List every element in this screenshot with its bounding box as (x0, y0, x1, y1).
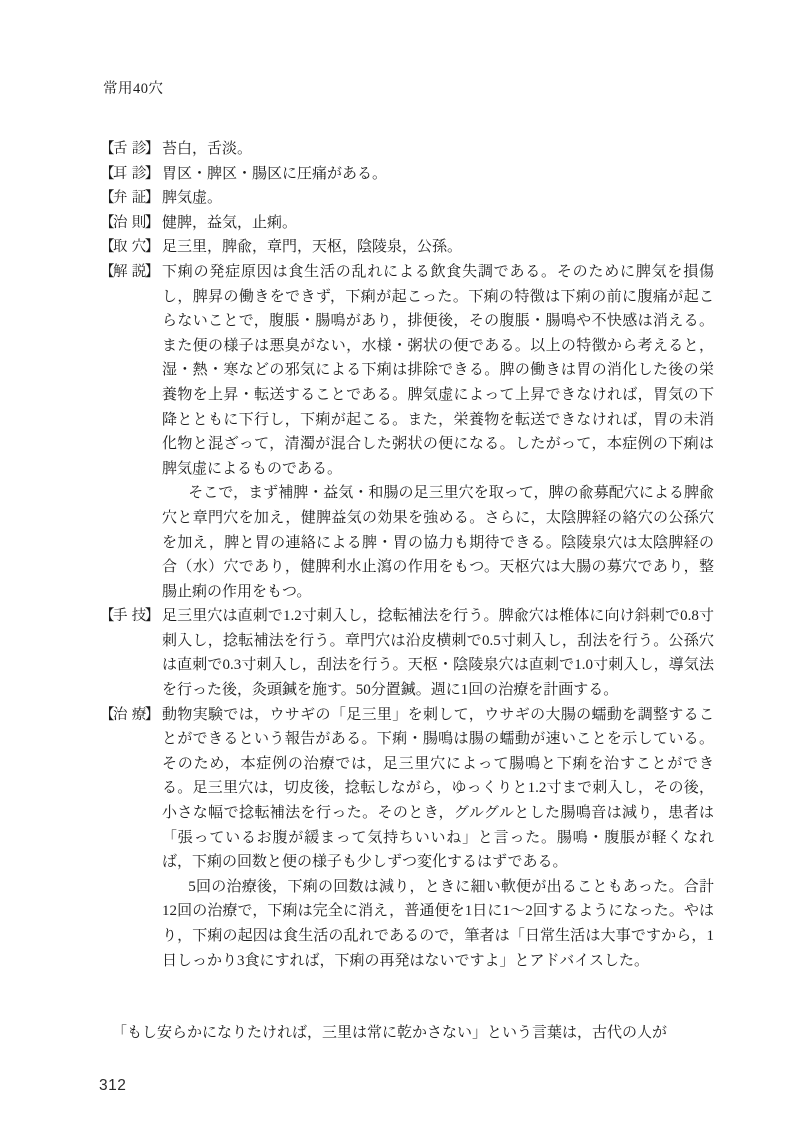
section-label: 【解 説】 (100, 260, 162, 285)
section-label: 【手 技】 (100, 604, 162, 629)
section-treatment: 【治 療】動物実験では，ウサギの「足三里」を刺して，ウサギの大腸の蠕動を調整する… (100, 703, 714, 974)
section-label: 【治 療】 (100, 703, 162, 728)
sections-container: 【舌 診】苔白，舌淡。【耳 診】胃区・脾区・腸区に圧痛がある。【弁 証】脾気虚。… (100, 137, 714, 973)
section-body: 足三里穴は直刺で1.2寸刺入し，捻転補法を行う。脾兪穴は椎体に向け斜刺で0.8寸… (162, 604, 714, 702)
page-number: 312 (99, 1077, 126, 1095)
paragraph: 胃区・脾区・腸区に圧痛がある。 (162, 162, 714, 187)
section-body: 動物実験では，ウサギの「足三里」を刺して，ウサギの大腸の蠕動を調整することができ… (162, 703, 714, 974)
section-body: 健脾，益気，止痢。 (162, 211, 714, 236)
paragraph: 苔白，舌淡。 (162, 137, 714, 162)
paragraph: 下痢の発症原因は食生活の乱れによる飲食失調である。そのために脾気を損傷し，脾昇の… (162, 260, 714, 481)
section-ear-diagnosis: 【耳 診】胃区・脾区・腸区に圧痛がある。 (100, 162, 714, 187)
section-label: 【舌 診】 (100, 137, 162, 162)
section-body: 足三里，脾兪，章門，天枢，陰陵泉，公孫。 (162, 235, 714, 260)
section-explanation: 【解 説】下痢の発症原因は食生活の乱れによる飲食失調である。そのために脾気を損傷… (100, 260, 714, 604)
closing-paragraph: 「もし安らかになりたければ，三里は常に乾かさない」という言葉は，古代の人が (100, 1021, 725, 1046)
paragraph: 動物実験では，ウサギの「足三里」を刺して，ウサギの大腸の蠕動を調整することができ… (162, 703, 714, 875)
section-label: 【耳 診】 (100, 162, 162, 187)
paragraph: 脾気虚。 (162, 186, 714, 211)
section-label: 【治 則】 (100, 211, 162, 236)
section-label: 【取 穴】 (100, 235, 162, 260)
section-body: 胃区・脾区・腸区に圧痛がある。 (162, 162, 714, 187)
section-treatment-principle: 【治 則】健脾，益気，止痢。 (100, 211, 714, 236)
section-pattern-identification: 【弁 証】脾気虚。 (100, 186, 714, 211)
section-body: 下痢の発症原因は食生活の乱れによる飲食失調である。そのために脾気を損傷し，脾昇の… (162, 260, 714, 604)
running-header: 常用40穴 (103, 80, 164, 98)
book-page: { "page": { "running_header": "常用40穴", "… (0, 0, 800, 1129)
section-tongue-diagnosis: 【舌 診】苔白，舌淡。 (100, 137, 714, 162)
paragraph: 足三里穴は直刺で1.2寸刺入し，捻転補法を行う。脾兪穴は椎体に向け斜刺で0.8寸… (162, 604, 714, 702)
paragraph: 健脾，益気，止痢。 (162, 211, 714, 236)
paragraph: そこで，まず補脾・益気・和腸の足三里穴を取って，脾の兪募配穴による脾兪穴と章門穴… (162, 481, 714, 604)
paragraph: 足三里，脾兪，章門，天枢，陰陵泉，公孫。 (162, 235, 714, 260)
section-point-selection: 【取 穴】足三里，脾兪，章門，天枢，陰陵泉，公孫。 (100, 235, 714, 260)
section-label: 【弁 証】 (100, 186, 162, 211)
section-technique: 【手 技】足三里穴は直刺で1.2寸刺入し，捻転補法を行う。脾兪穴は椎体に向け斜刺… (100, 604, 714, 702)
section-body: 苔白，舌淡。 (162, 137, 714, 162)
section-body: 脾気虚。 (162, 186, 714, 211)
paragraph: 5回の治療後，下痢の回数は減り，ときに細い軟便が出ることもあった。合計12回の治… (162, 875, 714, 973)
